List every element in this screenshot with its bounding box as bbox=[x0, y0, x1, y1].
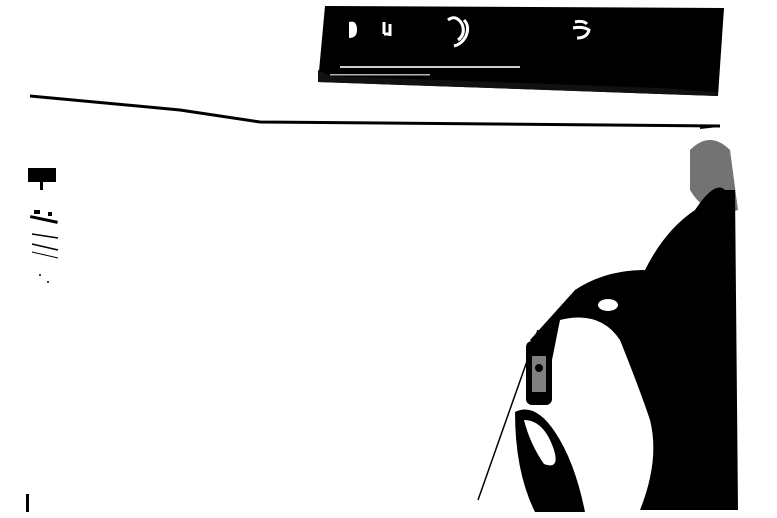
photo-illustration bbox=[0, 0, 777, 518]
washer-control-panel bbox=[318, 6, 724, 96]
side-label bbox=[28, 168, 58, 283]
photo-scene: High-contrast black and white photograph… bbox=[0, 0, 777, 518]
washer-lid-edge bbox=[30, 96, 720, 126]
person bbox=[515, 140, 738, 512]
